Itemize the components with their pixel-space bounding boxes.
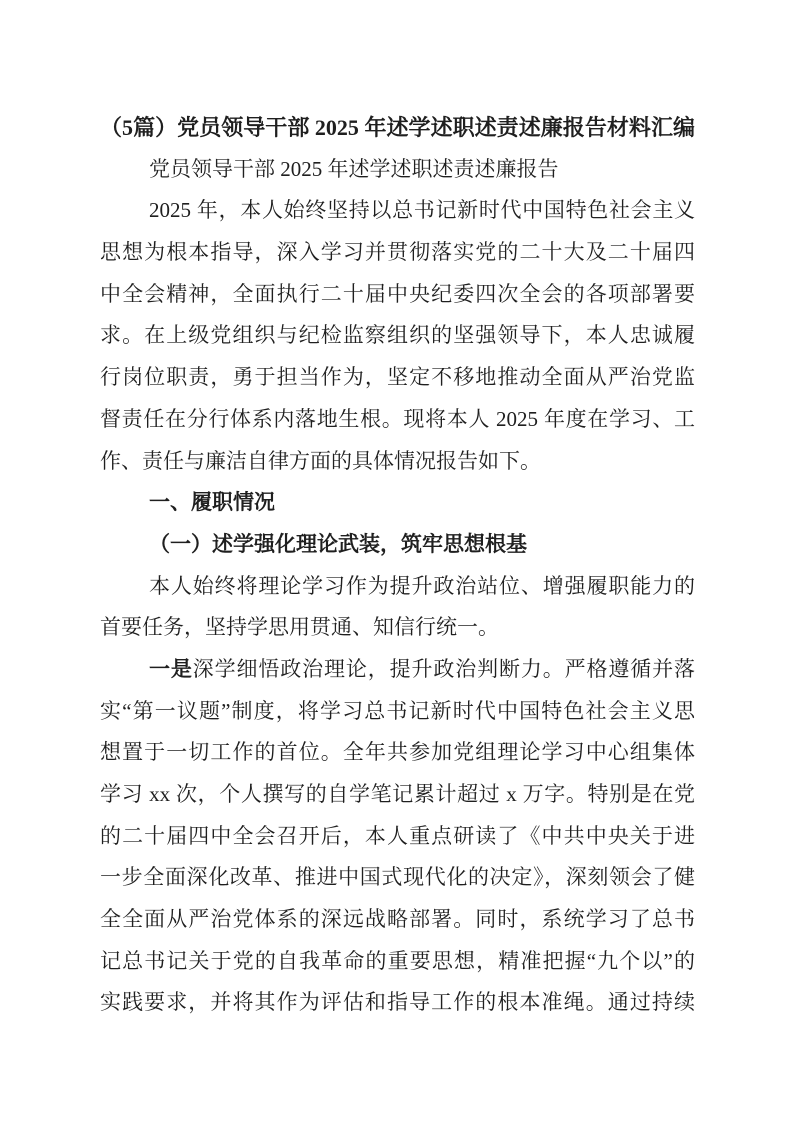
- paragraph-line: 一是深学细悟政治理论，提升政治判断力。严格遵循并落: [100, 649, 695, 691]
- paragraph-line: 行岗位职责，勇于担当作为，坚定不移地推动全面从严治党监: [100, 357, 695, 399]
- paragraph-lead-emphasis: 一是: [149, 657, 193, 681]
- paragraph-line: 2025 年，本人始终坚持以总书记新时代中国特色社会主义: [100, 190, 695, 232]
- paragraph-line: 中全会精神，全面执行二十届中央纪委四次全会的各项部署要: [100, 274, 695, 316]
- paragraph-line: 记总书记关于党的自我革命的重要思想，精准把握“九个以”的: [100, 941, 695, 983]
- paragraph-line: 一步全面深化改革、推进中国式现代化的决定》，深刻领会了健: [100, 857, 695, 899]
- section-heading-1: 一、履职情况: [100, 482, 695, 524]
- paragraph-line: 首要任务，坚持学思用贯通、知信行统一。: [100, 607, 695, 649]
- paragraph-line: 的二十届四中全会召开后，本人重点研读了《中共中央关于进: [100, 816, 695, 858]
- paragraph-line: 全全面从严治党体系的深远战略部署。同时，系统学习了总书: [100, 899, 695, 941]
- document-page: （5篇）党员领导干部 2025 年述学述职述责述廉报告材料汇编 党员领导干部 2…: [0, 0, 793, 1122]
- paragraph-line: 求。在上级党组织与纪检监察组织的坚强领导下，本人忠诚履: [100, 315, 695, 357]
- paragraph-line: 作、责任与廉洁自律方面的具体情况报告如下。: [100, 441, 695, 483]
- paragraph-line: 实践要求，并将其作为评估和指导工作的根本准绳。通过持续: [100, 982, 695, 1024]
- paragraph-line: 本人始终将理论学习作为提升政治站位、增强履职能力的: [100, 566, 695, 608]
- paragraph-line: 学习 xx 次，个人撰写的自学笔记累计超过 x 万字。特别是在党: [100, 774, 695, 816]
- section-heading-1-1: （一）述学强化理论武装，筑牢思想根基: [100, 524, 695, 566]
- paragraph-line: 实“第一议题”制度，将学习总书记新时代中国特色社会主义思: [100, 691, 695, 733]
- paragraph-line: 想置于一切工作的首位。全年共参加党组理论学习中心组集体: [100, 732, 695, 774]
- paragraph-line: 思想为根本指导，深入学习并贯彻落实党的二十大及二十届四: [100, 232, 695, 274]
- document-title: （5篇）党员领导干部 2025 年述学述职述责述廉报告材料汇编: [100, 107, 695, 149]
- document-subtitle: 党员领导干部 2025 年述学述职述责述廉报告: [100, 149, 695, 191]
- paragraph-line: 督责任在分行体系内落地生根。现将本人 2025 年度在学习、工: [100, 399, 695, 441]
- paragraph-line-text: 深学细悟政治理论，提升政治判断力。严格遵循并落: [193, 657, 695, 681]
